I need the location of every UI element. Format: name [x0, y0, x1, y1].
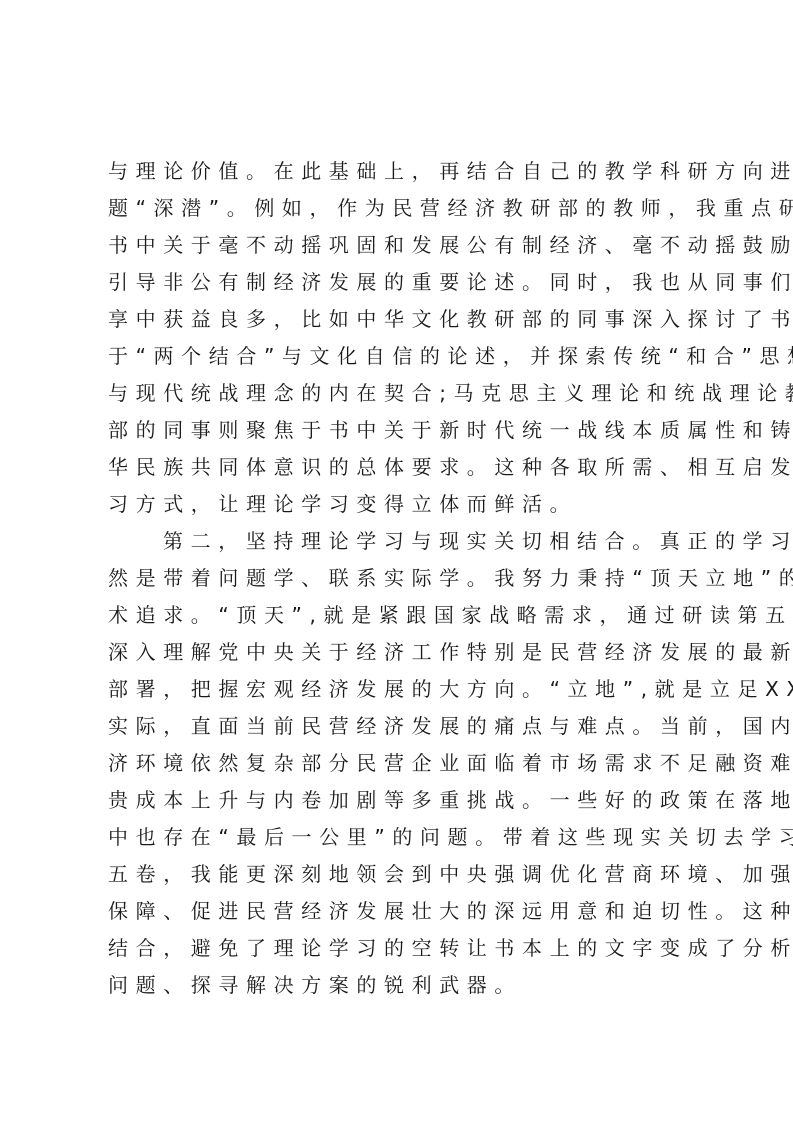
text-line: 引导非公有制经济发展的重要论述。同时，我也从同事们的分	[108, 264, 698, 301]
text-line: 术追求。“顶天”,就是紧跟国家战略需求，通过研读第五卷，	[108, 597, 698, 634]
text-line: 五卷，我能更深刻地领会到中央强调优化营商环境、加强法治	[108, 856, 698, 893]
text-line: 华民族共同体意识的总体要求。这种各取所需、相互启发的学	[108, 449, 698, 486]
text-line: 书中关于毫不动摇巩固和发展公有制经济、毫不动摇鼓励支持	[108, 227, 698, 264]
text-line: 与理论价值。在此基础上，再结合自己的教学科研方向进行专	[108, 153, 698, 190]
text-line: 然是带着问题学、联系实际学。我努力秉持“顶天立地”的学	[108, 560, 698, 597]
text-line: 深入理解党中央关于经济工作特别是民营经济发展的最新决策	[108, 634, 698, 671]
document-page: 与理论价值。在此基础上，再结合自己的教学科研方向进行专 题“深潜”。例如，作为民…	[108, 153, 698, 1004]
paragraph-2: 第二，坚持理论学习与现实关切相结合。真正的学习，必 然是带着问题学、联系实际学。…	[108, 523, 698, 1004]
text-line: 保障、促进民营经济发展壮大的深远用意和迫切性。这种学用	[108, 893, 698, 930]
text-line: 贵成本上升与内卷加剧等多重挑战。一些好的政策在落地过程	[108, 782, 698, 819]
text-line: 结合，避免了理论学习的空转让书本上的文字变成了分析现实	[108, 930, 698, 967]
text-line: 实际，直面当前民营经济发展的痛点与难点。当前，国内外经	[108, 708, 698, 745]
text-line: 与现代统战理念的内在契合;马克思主义理论和统战理论教研	[108, 375, 698, 412]
text-line-indented: 第二，坚持理论学习与现实关切相结合。真正的学习，必	[108, 523, 698, 560]
text-line: 济环境依然复杂部分民营企业面临着市场需求不足融资难融资	[108, 745, 698, 782]
text-line: 题“深潜”。例如，作为民营经济教研部的教师，我重点研读了	[108, 190, 698, 227]
text-line: 于“两个结合”与文化自信的论述，并探索传统“和合”思想	[108, 338, 698, 375]
text-line: 享中获益良多，比如中华文化教研部的同事深入探讨了书中关	[108, 301, 698, 338]
text-line: 习方式，让理论学习变得立体而鲜活。	[108, 486, 698, 523]
text-line: 部署，把握宏观经济发展的大方向。“立地”,就是立足XX省的	[108, 671, 698, 708]
text-line: 问题、探寻解决方案的锐利武器。	[108, 967, 698, 1004]
text-line: 部的同事则聚焦于书中关于新时代统一战线本质属性和铸牢中	[108, 412, 698, 449]
text-line: 中也存在“最后一公里”的问题。带着这些现实关切去学习第	[108, 819, 698, 856]
paragraph-1: 与理论价值。在此基础上，再结合自己的教学科研方向进行专 题“深潜”。例如，作为民…	[108, 153, 698, 523]
